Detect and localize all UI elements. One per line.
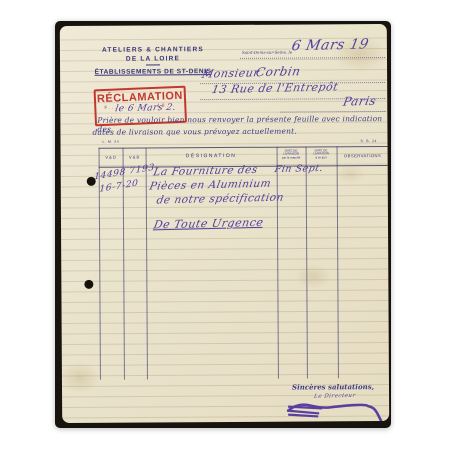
letter-paper: ATELIERS & CHANTIERS DE LA LOIRE ÉTABLIS…: [60, 24, 389, 423]
punch-hole-top: [87, 177, 96, 186]
dateline-handwritten: 6 Mars 19: [290, 36, 370, 54]
company-name-line3: ÉTABLISSEMENTS DE ST-DENIS: [88, 68, 218, 76]
recipient-city: Paris: [342, 94, 378, 109]
table-vline-1: [99, 148, 101, 380]
closing-salutation: Sincères salutations,: [292, 382, 374, 392]
table-header-col2: V & B: [123, 154, 146, 159]
entry-designation-line1: La Fourniture des: [152, 164, 259, 178]
company-name-line2: DE LA LOIRE: [88, 55, 218, 63]
table-header-col1: V & D: [99, 155, 123, 160]
dateline-printed: Saint-Denis-sur-Seine, le: [242, 50, 292, 55]
table-vline-4: [277, 147, 279, 379]
recipient-name: Corbin: [255, 64, 302, 79]
entry-designation-line2: Pièces en Aluminium: [148, 178, 272, 193]
table-vline-5: [306, 146, 308, 378]
entry-delivery-date: Fin Sept.: [274, 163, 325, 175]
dateline-rule: [240, 57, 385, 59]
recipient-rule-3: [280, 111, 385, 113]
photo-canvas: ATELIERS & CHANTIERS DE LA LOIRE ÉTABLIS…: [0, 0, 458, 458]
letterhead-divider: [146, 64, 160, 65]
form-ref-right: S. B. 24: [360, 139, 376, 143]
company-name-line1: ATELIERS & CHANTIERS: [88, 46, 218, 54]
document-photo: ATELIERS & CHANTIERS DE LA LOIRE ÉTABLIS…: [55, 21, 391, 428]
table-top-rule: [99, 146, 390, 149]
entry-designation-line3: de notre spécification: [155, 192, 284, 207]
table-vline-3: [146, 147, 148, 379]
table-vline-6: [337, 146, 339, 378]
entry-ref-line2: 16-7-20: [99, 179, 138, 195]
signature-scrawl: [284, 398, 384, 423]
table-header-designation: DÉSIGNATION: [146, 153, 277, 160]
table-vline-7: [389, 146, 390, 378]
entry-urgency-note: De Toute Urgence: [153, 216, 265, 232]
stamp-handwritten-date: le 6 Mars 2.: [114, 103, 177, 114]
body-line2: dates de livraison que vous prévoyez act…: [92, 127, 297, 137]
table-header-delivery-current: DATE DE LIVRAISON à ce jour: [306, 149, 337, 159]
recipient-salutation: Monsieur: [201, 66, 261, 80]
punch-hole-bottom: [84, 280, 93, 289]
recipient-address: 13 Rue de l'Entrepôt: [211, 80, 340, 96]
form-ref-left: L. M. 24: [102, 140, 119, 144]
table-header-observations: OBSERVATIONS: [337, 153, 389, 158]
table-header-delivery-market: DATE DE LIVRAISON par le marché: [277, 150, 306, 160]
